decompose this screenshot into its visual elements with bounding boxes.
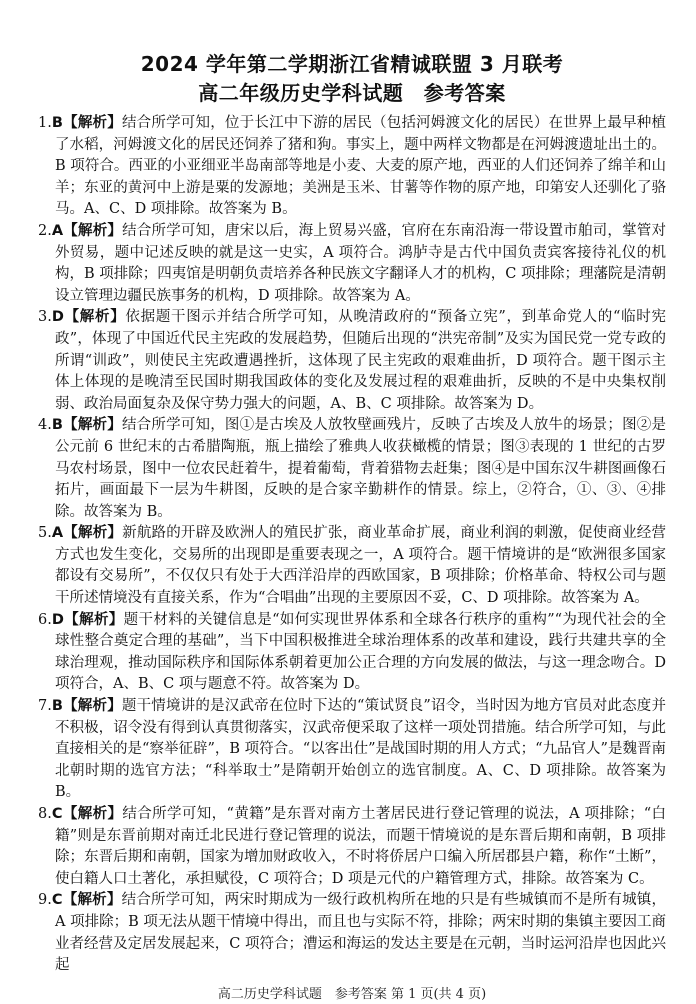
- answer-item-4: 4.B【解析】结合所学可知，图①是古埃及人放牧壁画残片，反映了古埃及人放牛的场景…: [38, 415, 666, 523]
- item-text: 结合所学可知，唐宋以后，海上贸易兴盛，官府在东南沿海一带设置市舶司，掌管对外贸易…: [55, 223, 666, 304]
- item-number: 1.: [38, 115, 52, 131]
- item-number: 3.: [38, 309, 52, 325]
- item-answer: D: [52, 309, 64, 325]
- item-answer: B: [52, 417, 63, 433]
- item-text: 题干材料的关键信息是“如何实现世界体系和全球各行秩序的重构”“为现代社会的全球性…: [55, 612, 666, 693]
- analysis-label: 【解析】: [64, 612, 124, 628]
- item-answer: C: [52, 806, 63, 822]
- item-text: 题干情境讲的是汉武帝在位时下达的“策试贤良”诏令，当时因为地方官员对此态度并不积…: [55, 698, 666, 800]
- item-number: 7.: [38, 698, 52, 714]
- page-footer: 高二历史学科试题 参考答案 第 1 页(共 4 页): [38, 986, 666, 1004]
- item-text: 依据题干图示并结合所学可知，从晚清政府的“预备立宪”，到革命党人的“临时宪政”，…: [55, 309, 666, 411]
- item-number: 2.: [38, 223, 52, 239]
- item-answer: C: [52, 892, 63, 908]
- answer-item-3: 3.D【解析】依据题干图示并结合所学可知，从晚清政府的“预备立宪”，到革命党人的…: [38, 307, 666, 415]
- answer-item-9: 9.C【解析】结合所学可知，两宋时期成为一级行政机构所在地的只是有些城镇而不是所…: [38, 890, 666, 976]
- analysis-label: 【解析】: [63, 892, 122, 908]
- item-text: 结合所学可知，图①是古埃及人放牧壁画残片，反映了古埃及人放牛的场景；图②是公元前…: [55, 417, 666, 519]
- analysis-label: 【解析】: [63, 223, 122, 239]
- item-text: 结合所学可知，位于长江中下游的居民（包括河姆渡文化的居民）在世界上最早种植了水稻…: [55, 115, 666, 217]
- answer-item-1: 1.B【解析】结合所学可知，位于长江中下游的居民（包括河姆渡文化的居民）在世界上…: [38, 113, 666, 221]
- item-answer: B: [52, 698, 63, 714]
- answer-item-2: 2.A【解析】结合所学可知，唐宋以后，海上贸易兴盛，官府在东南沿海一带设置市舶司…: [38, 221, 666, 307]
- item-text: 结合所学可知，两宋时期成为一级行政机构所在地的只是有些城镇而不是所有城镇，A 项…: [55, 892, 666, 973]
- analysis-label: 【解析】: [63, 806, 123, 822]
- item-number: 8.: [38, 806, 52, 822]
- item-answer: D: [52, 612, 64, 628]
- page-title-line2: 高二年级历史学科试题 参考答案: [38, 79, 666, 108]
- analysis-label: 【解析】: [64, 309, 126, 325]
- item-number: 6.: [38, 612, 52, 628]
- item-number: 5.: [38, 525, 52, 541]
- exam-answer-page: 2024 学年第二学期浙江省精诚联盟 3 月联考 高二年级历史学科试题 参考答案…: [0, 0, 696, 983]
- item-answer: B: [52, 115, 63, 131]
- analysis-label: 【解析】: [63, 525, 122, 541]
- item-number: 9.: [38, 892, 52, 908]
- item-answer: A: [52, 525, 63, 541]
- analysis-label: 【解析】: [63, 417, 122, 433]
- answer-item-5: 5.A【解析】新航路的开辟及欧洲人的殖民扩张，商业革命扩展，商业利润的刺激，促使…: [38, 523, 666, 609]
- item-text: 新航路的开辟及欧洲人的殖民扩张，商业革命扩展，商业利润的刺激，促使商业经营方式也…: [55, 525, 666, 606]
- item-text: 结合所学可知，“黄籍”是东晋对南方土著居民进行登记管理的说法，A 项排除；“白籍…: [55, 806, 666, 887]
- answer-item-7: 7.B【解析】题干情境讲的是汉武帝在位时下达的“策试贤良”诏令，当时因为地方官员…: [38, 696, 666, 804]
- answer-item-8: 8.C【解析】结合所学可知，“黄籍”是东晋对南方土著居民进行登记管理的说法，A …: [38, 804, 666, 890]
- page-title-line1: 2024 学年第二学期浙江省精诚联盟 3 月联考: [38, 50, 666, 79]
- analysis-label: 【解析】: [63, 698, 122, 714]
- item-number: 4.: [38, 417, 52, 433]
- answer-item-6: 6.D【解析】题干材料的关键信息是“如何实现世界体系和全球各行秩序的重构”“为现…: [38, 610, 666, 696]
- item-answer: A: [52, 223, 63, 239]
- answer-list: 1.B【解析】结合所学可知，位于长江中下游的居民（包括河姆渡文化的居民）在世界上…: [38, 113, 666, 977]
- analysis-label: 【解析】: [63, 115, 122, 131]
